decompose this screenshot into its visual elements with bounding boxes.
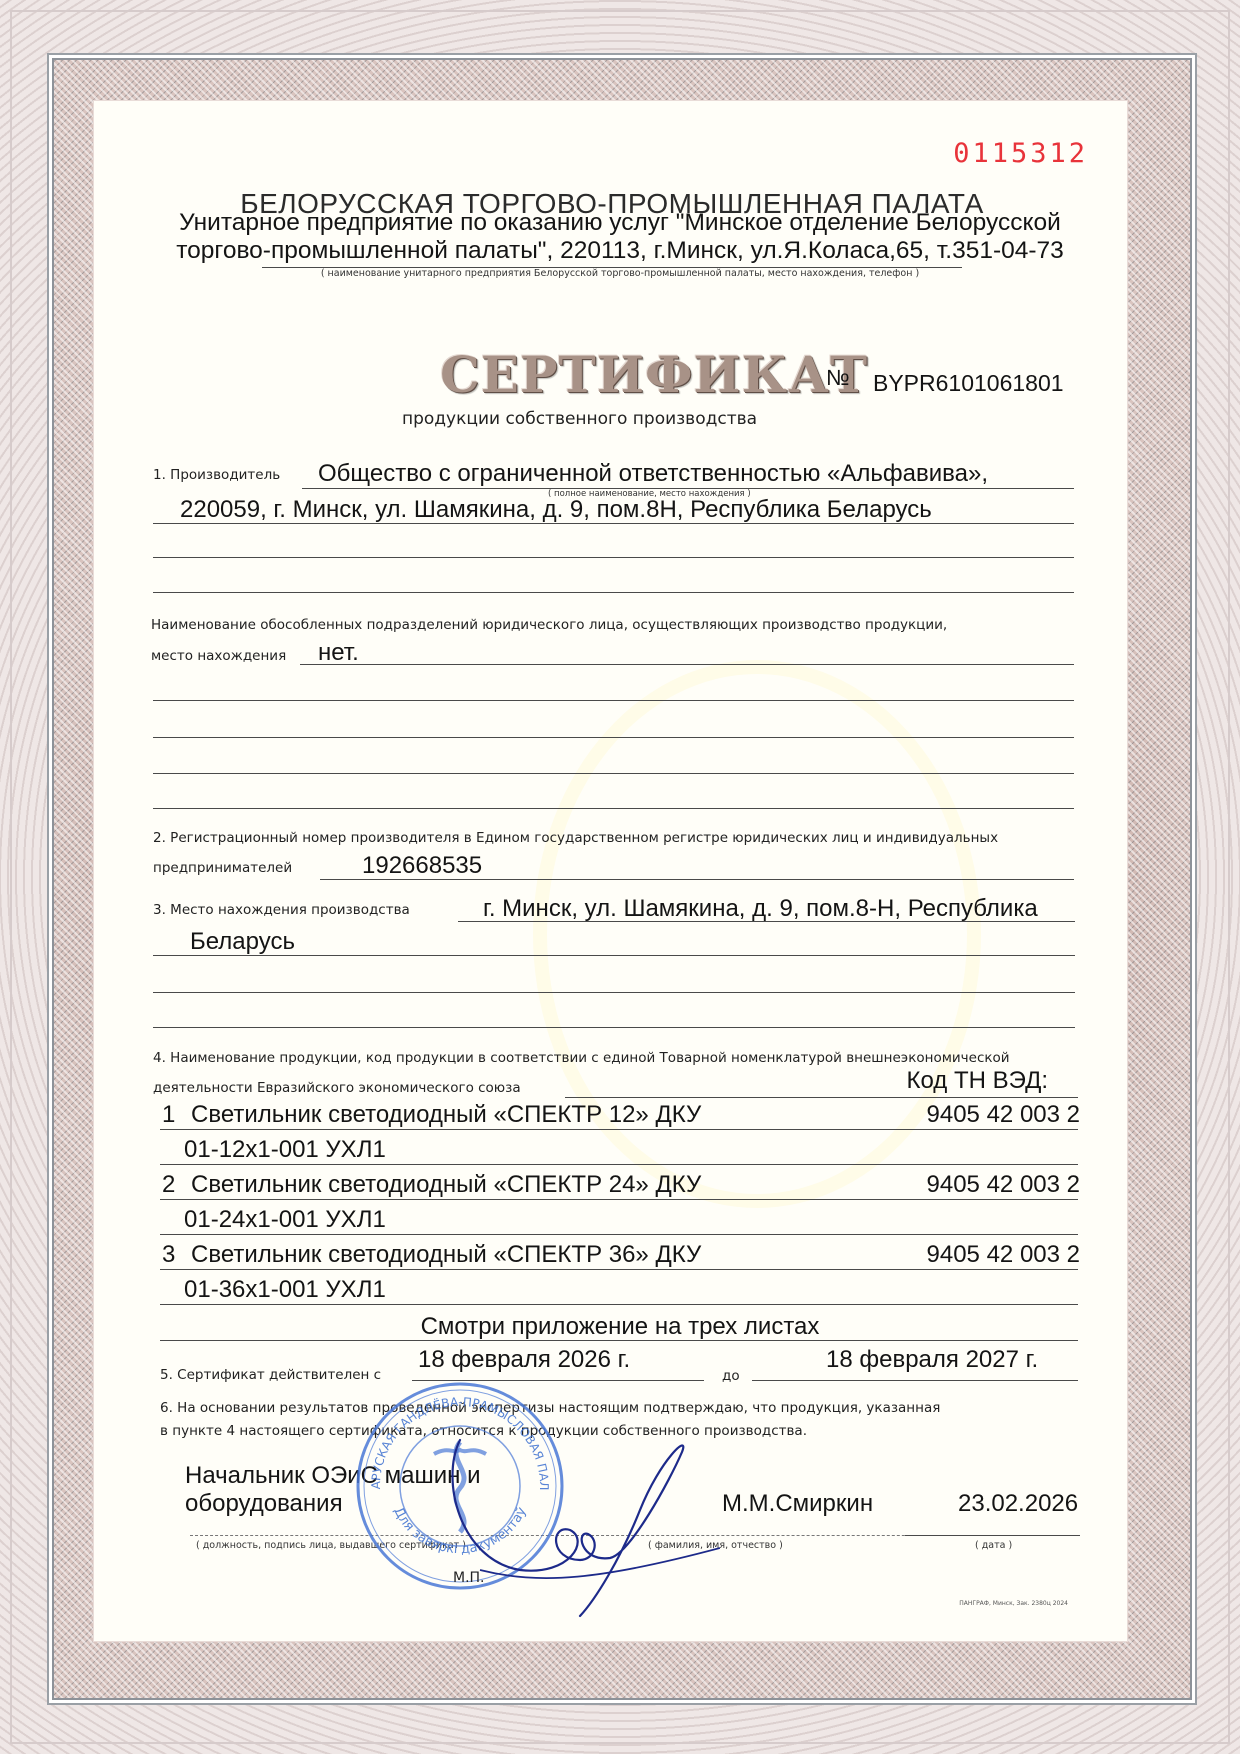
underline (153, 523, 1074, 524)
product-hs-code: 9405 42 003 2 (927, 1171, 1080, 1199)
underline (160, 1340, 1078, 1341)
production-address-2: Беларусь (190, 928, 295, 956)
product-name: Светильник светодиодный «СПЕКТР 12» ДКУ (191, 1101, 701, 1129)
section5-label: 5. Сертификат действителен с (160, 1367, 381, 1383)
underline (160, 1269, 1078, 1270)
valid-from: 18 февраля 2026 г. (418, 1346, 630, 1374)
underline (160, 1199, 1078, 1200)
manufacturer-name: Общество с ограниченной ответственностью… (318, 460, 988, 488)
underline (565, 1097, 1078, 1098)
issuer-caption: ( наименование унитарного предприятия Бе… (0, 268, 1240, 279)
certificate-title: СЕРТИФИКАТ (440, 345, 868, 404)
section4-label-1: 4. Наименование продукции, код продукции… (153, 1050, 1010, 1066)
production-address-1: г. Минск, ул. Шамякина, д. 9, пом.8-Н, Р… (483, 895, 1038, 923)
signatory-position-2: оборудования (185, 1490, 343, 1518)
underline (153, 773, 1074, 774)
manufacturer-address: 220059, г. Минск, ул. Шамякина, д. 9, по… (180, 496, 932, 524)
product-hs-code: 9405 42 003 2 (927, 1241, 1080, 1269)
underline (160, 1164, 1078, 1165)
underline (300, 664, 1074, 665)
number-sign: № (826, 365, 850, 391)
product-hs-code: 9405 42 003 2 (927, 1101, 1080, 1129)
product-number: 1 (162, 1101, 175, 1129)
section4-label-2: деятельности Евразийского экономического… (153, 1080, 521, 1096)
underline (458, 921, 1075, 922)
underline (153, 737, 1074, 738)
registration-number: 192668535 (362, 852, 482, 880)
underline (160, 1129, 1078, 1130)
product-name: Светильник светодиодный «СПЕКТР 24» ДКУ (191, 1171, 701, 1199)
underline (160, 1234, 1078, 1235)
certificate-number: BYPR6101061801 (873, 370, 1064, 397)
hs-code-header: Код ТН ВЭД: (906, 1067, 1048, 1095)
handwritten-signature (420, 1420, 720, 1620)
product-name: Светильник светодиодный «СПЕКТР 36» ДКУ (191, 1241, 701, 1269)
section3-label: 3. Место нахождения производства (153, 902, 410, 918)
valid-to: 18 февраля 2027 г. (826, 1346, 1038, 1374)
underline (153, 808, 1074, 809)
appendix-note: Смотри приложение на трех листах (0, 1313, 1240, 1341)
product-model: 01-36х1-001 УХЛ1 (184, 1276, 386, 1304)
valid-to-label: до (722, 1368, 740, 1384)
underline (905, 1535, 1080, 1536)
certificate-subtitle: продукции собственного производства (402, 409, 757, 429)
caption-date: ( дата ) (975, 1540, 1012, 1551)
signatory-name: М.М.Смиркин (722, 1490, 873, 1518)
underline (320, 879, 1074, 880)
underline (153, 557, 1074, 558)
printer-imprint: ПАНГРАФ, Минск, Зак. 2380ц 2024 (959, 1600, 1068, 1607)
issuer-line-1: Унитарное предприятие по оказанию услуг … (0, 209, 1240, 237)
underline (153, 992, 1075, 993)
issuer-line-2: торгово-промышленной палаты", 220113, г.… (0, 237, 1240, 265)
section2-label-2: предпринимателей (153, 860, 292, 876)
serial-number: 0115312 (953, 138, 1088, 169)
product-model: 01-12х1-001 УХЛ1 (184, 1136, 386, 1164)
section1-label: 1. Производитель (153, 467, 280, 483)
underline (153, 592, 1074, 593)
underline (160, 1304, 1078, 1305)
subdivisions-label-2: место нахождения (151, 648, 286, 664)
underline (752, 1380, 1078, 1381)
product-number: 2 (162, 1171, 175, 1199)
underline (153, 1027, 1075, 1028)
subdivisions-value: нет. (318, 639, 359, 667)
section2-label-1: 2. Регистрационный номер производителя в… (153, 830, 998, 846)
underline (153, 955, 1075, 956)
signatory-date: 23.02.2026 (958, 1490, 1078, 1518)
product-number: 3 (162, 1241, 175, 1269)
subdivisions-label-1: Наименование обособленных подразделений … (151, 617, 947, 633)
product-model: 01-24х1-001 УХЛ1 (184, 1206, 386, 1234)
underline (153, 700, 1074, 701)
